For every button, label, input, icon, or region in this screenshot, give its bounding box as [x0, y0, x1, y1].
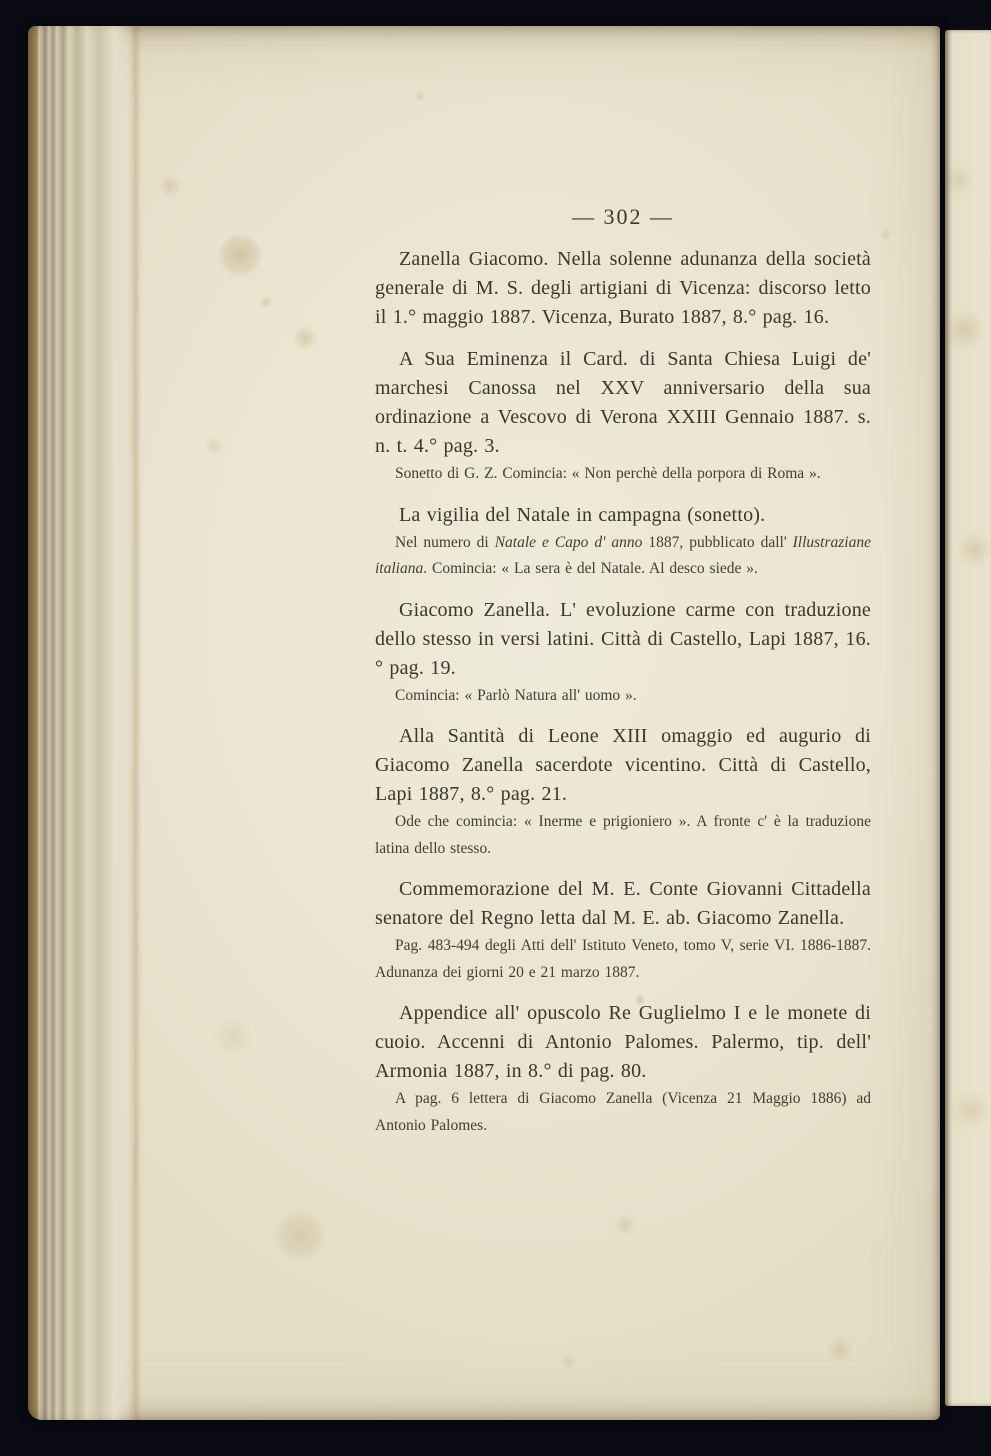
bibliography-entry: Alla Santità di Leone XIII omaggio ed au…	[375, 722, 871, 862]
note-italic-segment: Natale e Capo d' anno	[495, 534, 643, 551]
note-segment: 1887, pubblicato dall'	[642, 534, 792, 551]
entry-body: A Sua Eminenza il Card. di Santa Chiesa …	[375, 345, 871, 461]
entry-note: Nel numero di Natale e Capo d' anno 1887…	[375, 530, 871, 583]
entry-note: Ode che comincia: « Inerme e prigioniero…	[375, 809, 871, 862]
bibliography-entry: La vigilia del Natale in campagna (sonet…	[375, 501, 871, 583]
bibliography-entry: A Sua Eminenza il Card. di Santa Chiesa …	[375, 345, 871, 488]
note-segment: Ode che comincia: « Inerme e prigioniero…	[375, 813, 871, 857]
entry-body: Alla Santità di Leone XIII omaggio ed au…	[375, 722, 871, 809]
bibliography-entry: Giacomo Zanella. L' evoluzione carme con…	[375, 596, 871, 710]
entry-body: La vigilia del Natale in campagna (sonet…	[375, 501, 871, 530]
entry-body: Appendice all' opuscolo Re Guglielmo I e…	[375, 999, 871, 1086]
note-segment: Sonetto di G. Z. Comincia: « Non perchè …	[395, 465, 821, 482]
scanned-book-page: — 302 — Zanella Giacomo. Nella solenne a…	[28, 26, 940, 1420]
entry-body: Commemorazione del M. E. Conte Giovanni …	[375, 875, 871, 933]
note-segment: Comincia: « Parlò Natura all' uomo ».	[395, 687, 637, 704]
bibliography-entry: Appendice all' opuscolo Re Guglielmo I e…	[375, 999, 871, 1139]
facing-page-edge	[945, 30, 991, 1406]
text-column: — 302 — Zanella Giacomo. Nella solenne a…	[375, 202, 871, 1152]
entry-note: Pag. 483-494 degli Atti dell' Istituto V…	[375, 933, 871, 986]
note-segment: . Comincia: « La sera è del Natale. Al d…	[423, 560, 758, 577]
note-segment: Pag. 483-494 degli Atti dell' Istituto V…	[375, 937, 871, 981]
note-segment: A pag. 6 lettera di Giacomo Zanella (Vic…	[375, 1090, 871, 1134]
bibliography-entry: Zanella Giacomo. Nella solenne adunanza …	[375, 245, 871, 332]
entry-body: Zanella Giacomo. Nella solenne adunanza …	[375, 245, 871, 332]
page-number: — 302 —	[375, 202, 871, 232]
entry-note: Comincia: « Parlò Natura all' uomo ».	[375, 683, 871, 710]
bibliography-entry: Commemorazione del M. E. Conte Giovanni …	[375, 875, 871, 986]
book-photo-scene: — 302 — Zanella Giacomo. Nella solenne a…	[0, 0, 991, 1456]
entry-note: A pag. 6 lettera di Giacomo Zanella (Vic…	[375, 1086, 871, 1139]
entry-note: Sonetto di G. Z. Comincia: « Non perchè …	[375, 461, 871, 488]
bibliography-entries: Zanella Giacomo. Nella solenne adunanza …	[375, 245, 871, 1139]
note-segment: Nel numero di	[395, 534, 495, 551]
entry-body: Giacomo Zanella. L' evoluzione carme con…	[375, 596, 871, 683]
